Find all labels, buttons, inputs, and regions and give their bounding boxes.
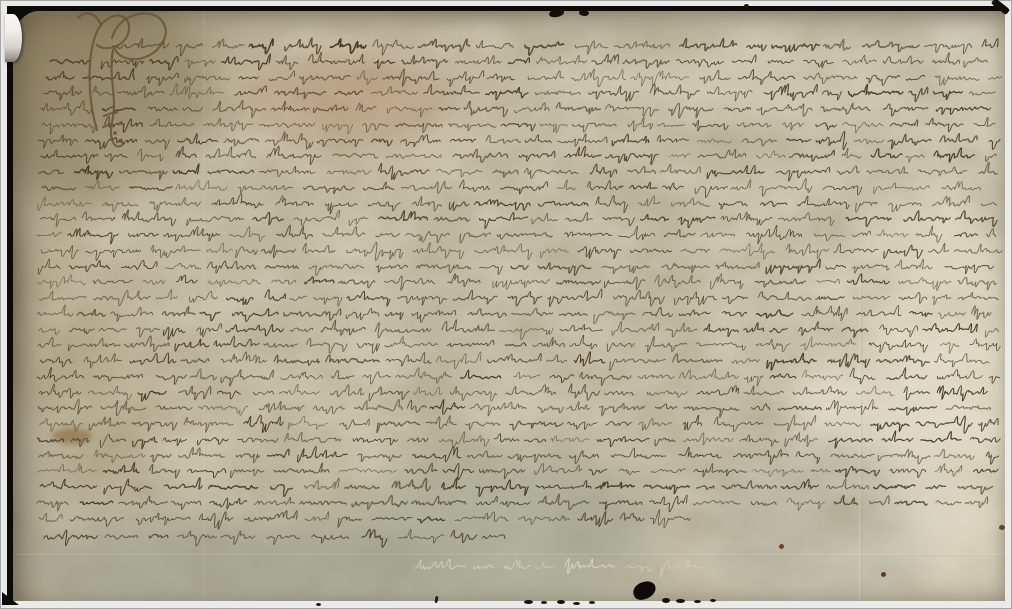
parchment <box>13 11 1005 601</box>
ink-blot <box>316 603 321 606</box>
ink-blot <box>541 601 547 604</box>
stain <box>13 11 210 200</box>
manuscript-photo <box>7 6 1005 601</box>
crease-line <box>16 553 1004 557</box>
stain <box>880 200 1005 580</box>
crease-line <box>858 280 863 600</box>
stain <box>620 40 920 130</box>
stain <box>240 60 450 140</box>
stain <box>52 428 92 444</box>
stain <box>40 300 160 500</box>
ink-blot <box>589 601 595 604</box>
stain <box>790 360 960 450</box>
ink-blot <box>573 602 580 605</box>
stain <box>700 430 940 601</box>
parchment-texture <box>13 11 1005 601</box>
crease-line <box>203 14 207 599</box>
stain <box>20 520 440 601</box>
screenshot-root <box>0 0 1012 609</box>
stain <box>360 450 660 601</box>
